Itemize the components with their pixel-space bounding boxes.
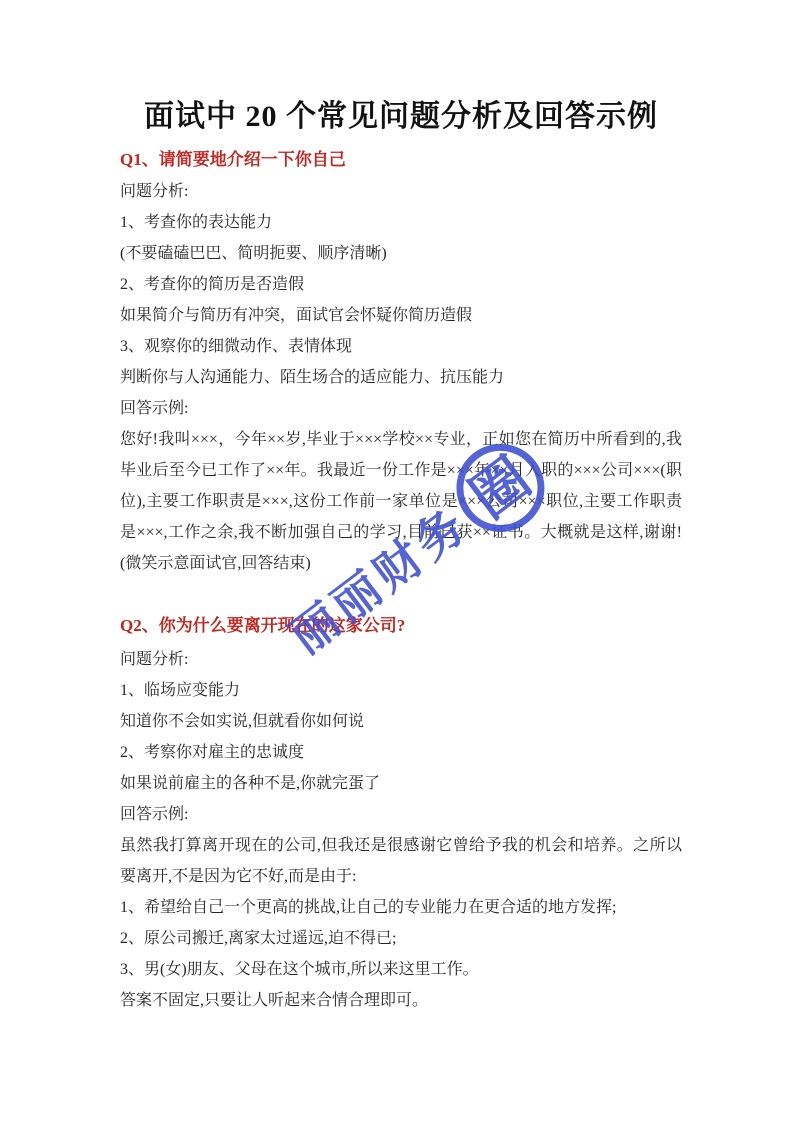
- q2-answer-point: 2、原公司搬迁,离家太过遥远,迫不得已;: [120, 923, 682, 954]
- document-page: 面试中 20 个常见问题分析及回答示例 Q1、请简要地介绍一下你自己 问题分析:…: [0, 0, 800, 1131]
- q2-analysis-line: 1、临场应变能力: [120, 675, 682, 706]
- q2-analysis-label: 问题分析:: [120, 644, 682, 675]
- q2-answer-point: 3、男(女)朋友、父母在这个城市,所以来这里工作。: [120, 954, 682, 985]
- q1-analysis-line: 判断你与人沟通能力、陌生场合的适应能力、抗压能力: [120, 362, 682, 393]
- q2-analysis-line: 如果说前雇主的各种不是,你就完蛋了: [120, 768, 682, 799]
- q2-analysis-line: 2、考察你对雇主的忠诚度: [120, 737, 682, 768]
- document-content: 面试中 20 个常见问题分析及回答示例 Q1、请简要地介绍一下你自己 问题分析:…: [120, 0, 682, 1016]
- q1-answer-label: 回答示例:: [120, 393, 682, 424]
- q1-analysis-line: 2、考查你的简历是否造假: [120, 269, 682, 300]
- q1-heading: Q1、请简要地介绍一下你自己: [120, 148, 682, 172]
- q2-heading: Q2、你为什么要离开现在的这家公司?: [120, 614, 682, 638]
- q1-analysis-line: 如果简介与简历有冲突，面试官会怀疑你简历造假: [120, 300, 682, 331]
- q2-answer-label: 回答示例:: [120, 799, 682, 830]
- q2-analysis-line: 知道你不会如实说,但就看你如何说: [120, 706, 682, 737]
- page-title: 面试中 20 个常见问题分析及回答示例: [120, 95, 682, 139]
- q1-section: Q1、请简要地介绍一下你自己 问题分析: 1、考查你的表达能力 (不要磕磕巴巴、…: [120, 148, 682, 579]
- q1-analysis-line: 3、观察你的细微动作、表情体现: [120, 331, 682, 362]
- q1-analysis-line: 1、考查你的表达能力: [120, 207, 682, 238]
- q1-analysis-label: 问题分析:: [120, 176, 682, 207]
- q1-analysis-line: (不要磕磕巴巴、简明扼要、顺序清晰): [120, 238, 682, 269]
- q2-answer-intro: 虽然我打算离开现在的公司,但我还是很感谢它曾给予我的机会和培养。之所以要离开,不…: [120, 830, 682, 892]
- q2-answer-note: 答案不固定,只要让人听起来合情合理即可。: [120, 985, 682, 1016]
- q1-answer-paragraph: 您好!我叫×××，今年××岁,毕业于×××学校××专业，正如您在简历中所看到的,…: [120, 424, 682, 579]
- q2-section: Q2、你为什么要离开现在的这家公司? 问题分析: 1、临场应变能力 知道你不会如…: [120, 614, 682, 1016]
- q2-answer-point: 1、希望给自己一个更高的挑战,让自己的专业能力在更合适的地方发挥;: [120, 892, 682, 923]
